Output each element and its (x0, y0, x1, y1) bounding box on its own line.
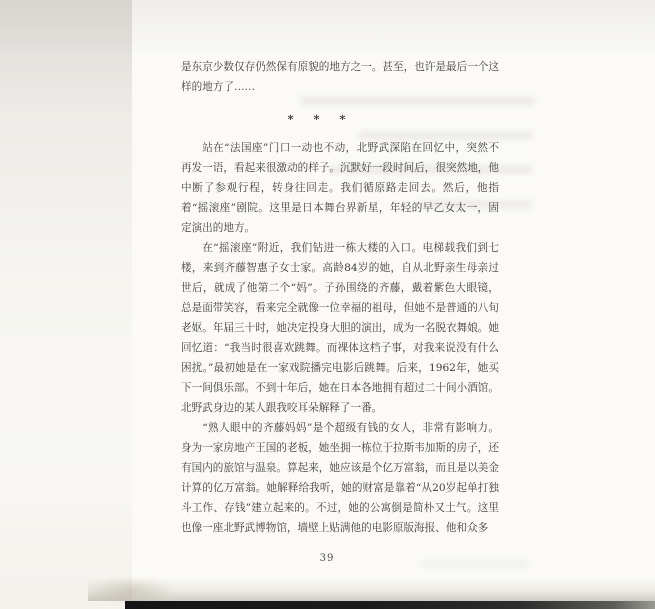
scan-left-shade (0, 0, 132, 609)
scan-bottom-shadow (88, 577, 655, 601)
paragraph-saito-wealth: “熟人眼中的齐藤妈妈”是个超级有钱的女人，非常有影响力。身为一家房地产王国的老板… (181, 418, 499, 538)
scan-top-shade (0, 0, 655, 56)
paragraph-saito-visit: 在“摇滚座”附近，我们钻进一栋大楼的入口。电梯载我们到七楼，来到齐藤智惠子女士家… (181, 238, 499, 418)
paragraph-france-za: 站在“法国座”门口一动也不动，北野武深陷在回忆中，突然不再发一语，看起来很激动的… (181, 138, 499, 238)
text-column: 是东京少数仅存仍然保有原貌的地方之一。甚至，也许是最后一个这样的地方了…… ∗ … (181, 57, 499, 538)
scan-shadow-blot (86, 577, 176, 603)
section-separator: ∗ ∗ ∗ (181, 97, 499, 138)
book-page-scan: 是东京少数仅存仍然保有原貌的地方之一。甚至，也许是最后一个这样的地方了…… ∗ … (0, 0, 655, 609)
page-number: 39 (181, 553, 499, 564)
paragraph-continuation: 是东京少数仅存仍然保有原貌的地方之一。甚至，也许是最后一个这样的地方了…… (181, 57, 499, 97)
scan-bottom-edge (125, 601, 655, 609)
